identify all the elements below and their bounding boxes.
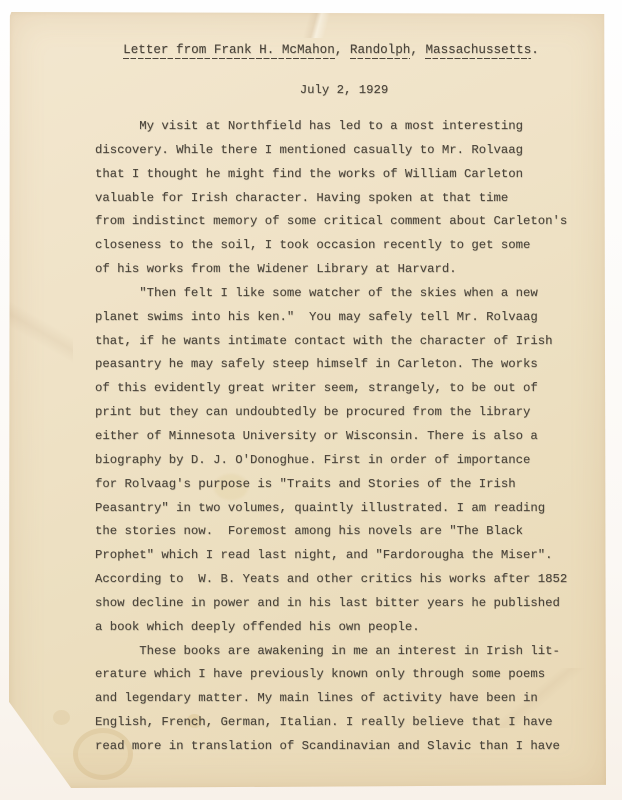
letter-line: that I thought he might find the works o…: [95, 163, 595, 187]
letter-line: planet swims into his ken." You may safe…: [95, 306, 595, 330]
paper-crease-left: [9, 284, 73, 380]
title-underlined-text: Massachussetts: [425, 43, 531, 59]
letter-line: erature which I have previously known on…: [95, 663, 595, 687]
letter-line: for Rolvaag's purpose is "Traits and Sto…: [95, 473, 595, 497]
letter-line: "Then felt I like some watcher of the sk…: [95, 282, 595, 306]
letter-line: from indistinct memory of some critical …: [95, 210, 595, 234]
title-text: ,: [335, 43, 350, 57]
letter-line: read more in translation of Scandinavian…: [95, 735, 595, 759]
letter-line: either of Minnesota University or Wiscon…: [95, 425, 595, 449]
letter-line: English, French, German, Italian. I real…: [95, 711, 595, 735]
letter-line: show decline in power and in his last bi…: [95, 592, 595, 616]
letter-line: peasantry he may safely steep himself in…: [95, 353, 595, 377]
letter-line: discovery. While there I mentioned casua…: [95, 139, 595, 163]
letter-line: print but they can undoubtedly be procur…: [95, 401, 595, 425]
letter-title: Letter from Frank H. McMahon, Randolph, …: [87, 43, 575, 57]
letter-line: of his works from the Widener Library at…: [95, 258, 595, 282]
scan-background: Letter from Frank H. McMahon, Randolph, …: [0, 0, 622, 800]
letter-body: My visit at Northfield has led to a most…: [95, 115, 595, 759]
letter-page: Letter from Frank H. McMahon, Randolph, …: [9, 12, 606, 788]
letter-line: of this evidently great writer seem, str…: [95, 377, 595, 401]
title-text: ,: [410, 43, 425, 57]
stain-spot: [53, 710, 70, 725]
letter-line: biography by D. J. O'Donoghue. First in …: [95, 449, 595, 473]
letter-line: the stories now. Foremost among his nove…: [95, 520, 595, 544]
letter-line: that, if he wants intimate contact with …: [95, 330, 595, 354]
paper-crease-top: [271, 10, 361, 38]
letter-line: valuable for Irish character. Having spo…: [95, 187, 595, 211]
letter-line: Peasantry" in two volumes, quaintly illu…: [95, 497, 595, 521]
title-text: .: [531, 43, 539, 57]
letter-line: and legendary matter. My main lines of a…: [95, 687, 595, 711]
letter-line: closeness to the soil, I took occasion r…: [95, 234, 595, 258]
title-underlined-text: Randolph: [350, 43, 410, 59]
letter-line: These books are awakening in me an inter…: [95, 640, 595, 664]
letter-line: My visit at Northfield has led to a most…: [95, 115, 595, 139]
letter-date: July 2, 1929: [95, 83, 567, 97]
letter-line: According to W. B. Yeats and other criti…: [95, 568, 595, 592]
letter-line: Prophet" which I read last night, and "F…: [95, 544, 595, 568]
title-underlined-text: Letter from Frank H. McMahon: [123, 43, 335, 59]
letter-line: a book which deeply offended his own peo…: [95, 616, 595, 640]
